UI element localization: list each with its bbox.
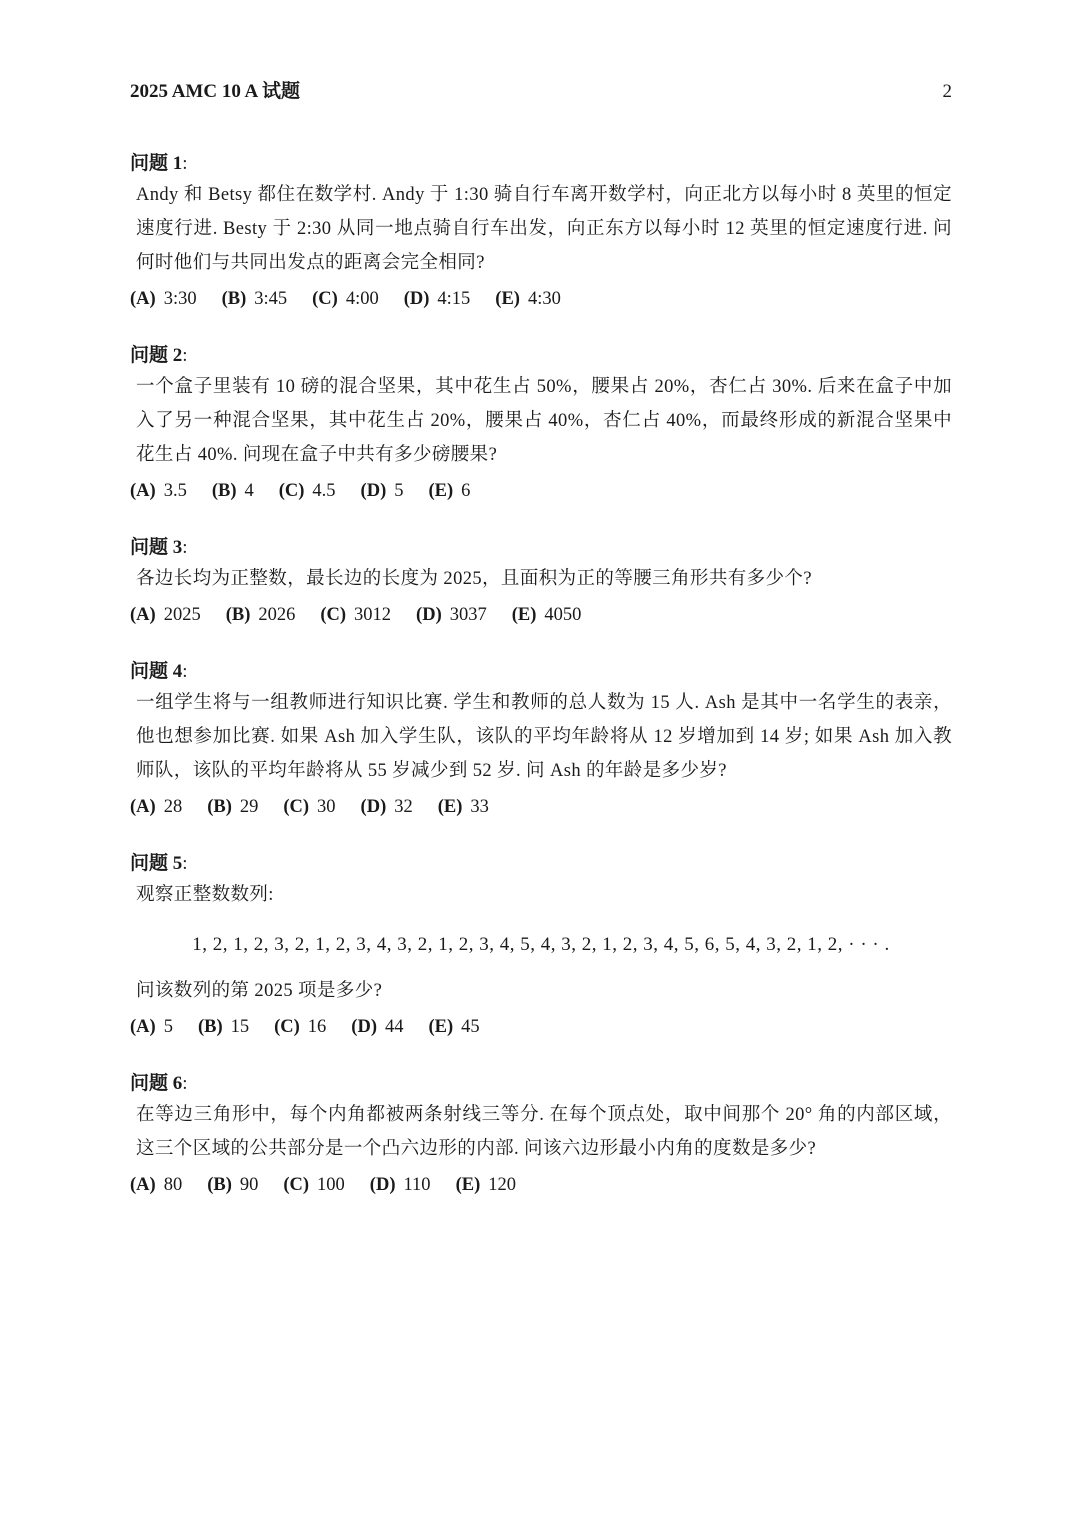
choice-b: (B)2026 — [226, 598, 296, 632]
choice-d: (D)32 — [361, 790, 413, 824]
page-number: 2 — [943, 81, 953, 103]
answer-choices: (A)2025 (B)2026 (C)3012 (D)3037 (E)4050 — [130, 598, 952, 632]
choice-e: (E)4:30 — [495, 282, 561, 316]
choice-a: (A)3:30 — [130, 282, 197, 316]
choice-c: (C)100 — [283, 1168, 344, 1202]
choice-c: (C)4:00 — [312, 282, 379, 316]
choice-c: (C)16 — [274, 1010, 326, 1044]
choice-c: (C)30 — [283, 790, 335, 824]
problem-question: 问该数列的第 2025 项是多少? — [130, 974, 952, 1008]
problem-title: 问题 3: — [130, 534, 952, 562]
answer-choices: (A)5 (B)15 (C)16 (D)44 (E)45 — [130, 1010, 952, 1044]
choice-d: (D)110 — [370, 1168, 431, 1202]
choice-b: (B)4 — [212, 474, 254, 508]
problem-title: 问题 5: — [130, 850, 952, 878]
problem-title: 问题 6: — [130, 1070, 952, 1098]
choice-a: (A)28 — [130, 790, 182, 824]
problem-title: 问题 4: — [130, 658, 952, 686]
answer-choices: (A)3.5 (B)4 (C)4.5 (D)5 (E)6 — [130, 474, 952, 508]
choice-a: (A)5 — [130, 1010, 173, 1044]
answer-choices: (A)80 (B)90 (C)100 (D)110 (E)120 — [130, 1168, 952, 1202]
answer-choices: (A)28 (B)29 (C)30 (D)32 (E)33 — [130, 790, 952, 824]
problem-2: 问题 2: 一个盒子里装有 10 磅的混合坚果，其中花生占 50%，腰果占 20… — [130, 342, 952, 508]
problem-1: 问题 1: Andy 和 Betsy 都住在数学村. Andy 于 1:30 骑… — [130, 150, 952, 316]
choice-e: (E)120 — [456, 1168, 516, 1202]
document-title: 2025 AMC 10 A 试题 — [130, 76, 300, 103]
choice-e: (E)33 — [438, 790, 489, 824]
problem-6: 问题 6: 在等边三角形中，每个内角都被两条射线三等分. 在每个顶点处，取中间那… — [130, 1070, 952, 1202]
choice-b: (B)3:45 — [222, 282, 288, 316]
choice-d: (D)44 — [351, 1010, 403, 1044]
choice-b: (B)90 — [207, 1168, 258, 1202]
problem-5: 问题 5: 观察正整数数列: 1, 2, 1, 2, 3, 2, 1, 2, 3… — [130, 850, 952, 1044]
choice-b: (B)15 — [198, 1010, 249, 1044]
choice-d: (D)4:15 — [404, 282, 471, 316]
answer-choices: (A)3:30 (B)3:45 (C)4:00 (D)4:15 (E)4:30 — [130, 282, 952, 316]
sequence-display: 1, 2, 1, 2, 3, 2, 1, 2, 3, 4, 3, 2, 1, 2… — [130, 934, 952, 956]
choice-b: (B)29 — [207, 790, 258, 824]
problem-4: 问题 4: 一组学生将与一组教师进行知识比赛. 学生和教师的总人数为 15 人.… — [130, 658, 952, 824]
page-header: 2025 AMC 10 A 试题 2 — [130, 76, 952, 103]
problem-title: 问题 2: — [130, 342, 952, 370]
problem-text: Andy 和 Betsy 都住在数学村. Andy 于 1:30 骑自行车离开数… — [130, 178, 952, 280]
choice-c: (C)4.5 — [279, 474, 336, 508]
problem-text: 各边长均为正整数，最长边的长度为 2025，且面积为正的等腰三角形共有多少个? — [130, 562, 952, 596]
problem-text: 在等边三角形中，每个内角都被两条射线三等分. 在每个顶点处，取中间那个 20° … — [130, 1098, 952, 1166]
problem-title: 问题 1: — [130, 150, 952, 178]
choice-a: (A)3.5 — [130, 474, 187, 508]
choice-d: (D)5 — [361, 474, 404, 508]
choice-a: (A)80 — [130, 1168, 182, 1202]
choice-e: (E)4050 — [512, 598, 582, 632]
choice-e: (E)45 — [428, 1010, 479, 1044]
problem-3: 问题 3: 各边长均为正整数，最长边的长度为 2025，且面积为正的等腰三角形共… — [130, 534, 952, 632]
choice-d: (D)3037 — [416, 598, 487, 632]
problem-text: 一个盒子里装有 10 磅的混合坚果，其中花生占 50%，腰果占 20%，杏仁占 … — [130, 370, 952, 472]
problem-text: 观察正整数数列: — [130, 878, 952, 912]
choice-a: (A)2025 — [130, 598, 201, 632]
problems-list: 问题 1: Andy 和 Betsy 都住在数学村. Andy 于 1:30 骑… — [130, 150, 952, 1228]
choice-c: (C)3012 — [320, 598, 391, 632]
choice-e: (E)6 — [428, 474, 470, 508]
problem-text: 一组学生将与一组教师进行知识比赛. 学生和教师的总人数为 15 人. Ash 是… — [130, 686, 952, 788]
